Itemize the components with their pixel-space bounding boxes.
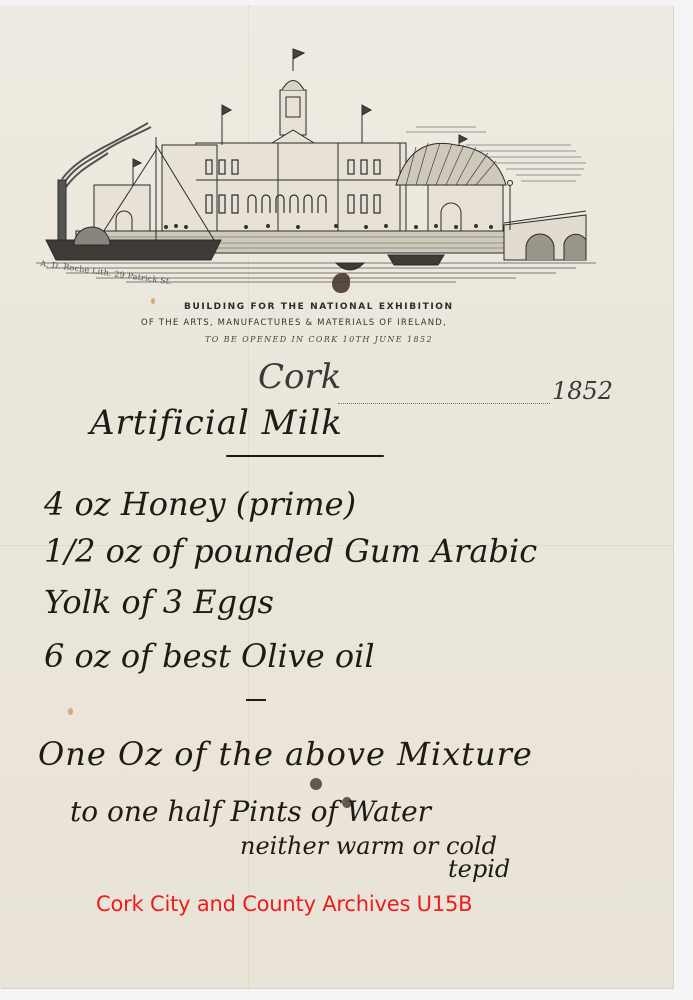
- instruction-line: to one half Pints of Water: [70, 795, 431, 828]
- dateline-place: Cork: [258, 357, 341, 397]
- ingredient-line: 1/2 oz of pounded Gum Arabic: [44, 532, 537, 570]
- title-underline: [226, 455, 384, 457]
- letterhead-caption-title: BUILDING FOR THE NATIONAL EXHIBITION: [184, 302, 454, 312]
- dateline-dotted-rule: [338, 403, 550, 404]
- rust-spot: [68, 708, 73, 715]
- letterhead-caption-opening: TO BE OPENED IN CORK 10TH JUNE 1852: [205, 335, 433, 344]
- section-separator: [246, 699, 266, 701]
- letter-paper: A. D. Roche Lith. 29 Patrick St. BUILDIN…: [0, 5, 673, 988]
- instruction-line: One Oz of the above Mixture: [38, 735, 533, 773]
- ink-stain: [310, 778, 322, 790]
- letterhead-caption-subtitle: OF THE ARTS, MANUFACTURES & MATERIALS OF…: [141, 318, 447, 328]
- ingredient-line: 6 oz of best Olive oil: [44, 637, 375, 675]
- ingredient-line: 4 oz Honey (prime): [44, 485, 356, 523]
- rust-spot: [151, 298, 155, 304]
- recipe-title: Artificial Milk: [90, 403, 343, 443]
- archive-watermark: Cork City and County Archives U15B: [96, 892, 472, 916]
- ingredient-line: Yolk of 3 Eggs: [44, 583, 274, 621]
- dateline-year: 1852: [552, 377, 613, 405]
- instruction-line: tepid: [448, 855, 510, 883]
- exhibition-building-engraving-icon: [36, 35, 606, 285]
- ink-stain: [332, 273, 350, 293]
